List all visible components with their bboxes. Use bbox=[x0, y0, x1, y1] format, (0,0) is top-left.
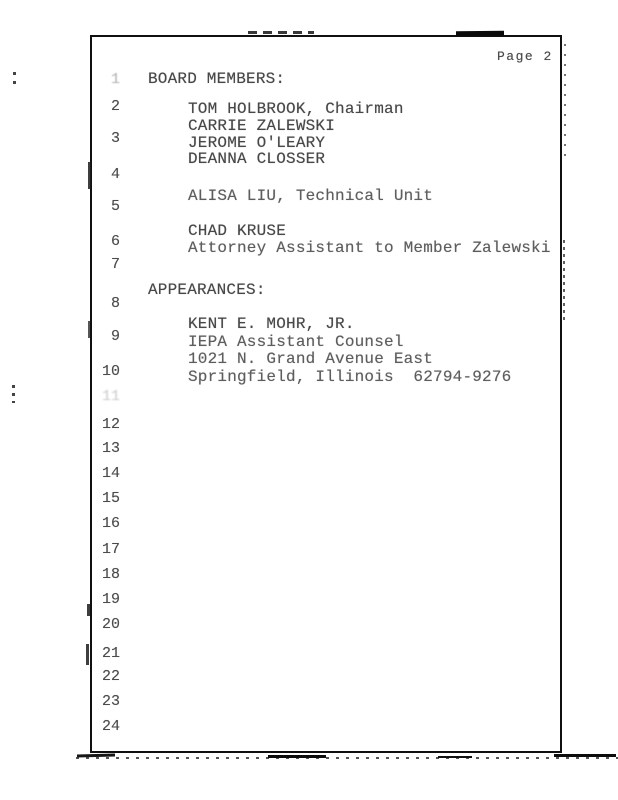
technical-unit-line: ALISA LIU, Technical Unit bbox=[188, 188, 433, 205]
line-number-1: 1 bbox=[88, 72, 120, 87]
scan-artifact-bottom-segment-3 bbox=[438, 756, 472, 758]
board-member-zalewski: CARRIE ZALEWSKI bbox=[188, 118, 335, 135]
line-number-7: 7 bbox=[88, 257, 120, 272]
scan-artifact-left-tick-3 bbox=[87, 604, 90, 616]
appearance-address-city: Springfield, Illinois 62794-9276 bbox=[188, 369, 511, 386]
line-number-6: 6 bbox=[88, 234, 120, 249]
line-number-20: 20 bbox=[88, 617, 120, 632]
line-number-14: 14 bbox=[88, 466, 120, 481]
line-number-21: 21 bbox=[88, 646, 120, 661]
board-member-closser: DEANNA CLOSSER bbox=[188, 151, 325, 168]
scan-artifact-bottom-speckle-line bbox=[76, 757, 618, 759]
line-number-10: 10 bbox=[88, 364, 120, 379]
line-number-16: 16 bbox=[88, 516, 120, 531]
scan-artifact-left-tick-2 bbox=[88, 321, 90, 338]
line-number-19: 19 bbox=[88, 592, 120, 607]
line-number-4: 4 bbox=[88, 167, 120, 182]
scan-artifact-left-speck-2 bbox=[12, 385, 15, 403]
line-number-11: 11 bbox=[88, 389, 120, 404]
scan-artifact-left-speck-1 bbox=[13, 72, 16, 88]
line-number-18: 18 bbox=[88, 567, 120, 582]
attorney-assistant-name: CHAD KRUSE bbox=[188, 223, 286, 240]
line-number-5: 5 bbox=[88, 199, 120, 214]
scan-artifact-top-blotch bbox=[456, 31, 504, 37]
board-members-heading: BOARD MEMBERS: bbox=[148, 71, 285, 88]
board-member-holbrook: TOM HOLBROOK, Chairman bbox=[188, 101, 404, 118]
scan-artifact-right-speckles-2 bbox=[563, 240, 565, 322]
appearance-name: KENT E. MOHR, JR. bbox=[188, 316, 355, 333]
scan-artifact-left-tick-1 bbox=[88, 162, 91, 189]
line-number-22: 22 bbox=[88, 669, 120, 684]
page-border bbox=[90, 35, 562, 753]
attorney-assistant-title: Attorney Assistant to Member Zalewski bbox=[188, 240, 551, 257]
line-number-13: 13 bbox=[88, 441, 120, 456]
appearance-title: IEPA Assistant Counsel bbox=[188, 334, 404, 351]
scan-artifact-top-dashes bbox=[248, 31, 314, 34]
line-number-9: 9 bbox=[88, 329, 120, 344]
line-number-3: 3 bbox=[88, 131, 120, 146]
page-number-label: Page 2 bbox=[497, 49, 553, 64]
line-number-23: 23 bbox=[88, 694, 120, 709]
line-number-12: 12 bbox=[88, 417, 120, 432]
line-number-2: 2 bbox=[88, 99, 120, 114]
appearances-heading: APPEARANCES: bbox=[148, 282, 266, 299]
scan-artifact-bottom-segment-2 bbox=[268, 755, 326, 758]
scan-artifact-left-tick-4 bbox=[86, 644, 89, 665]
line-number-17: 17 bbox=[88, 542, 120, 557]
scan-artifact-right-speckles-1 bbox=[564, 44, 566, 159]
appearance-address-street: 1021 N. Grand Avenue East bbox=[188, 351, 433, 368]
scan-artifact-bottom-segment-4 bbox=[554, 754, 616, 757]
line-number-15: 15 bbox=[88, 491, 120, 506]
line-number-8: 8 bbox=[88, 296, 120, 311]
document-scan: Page 2 1 2 3 4 5 6 7 8 9 10 11 12 13 14 … bbox=[0, 0, 618, 800]
line-number-24: 24 bbox=[88, 719, 120, 734]
